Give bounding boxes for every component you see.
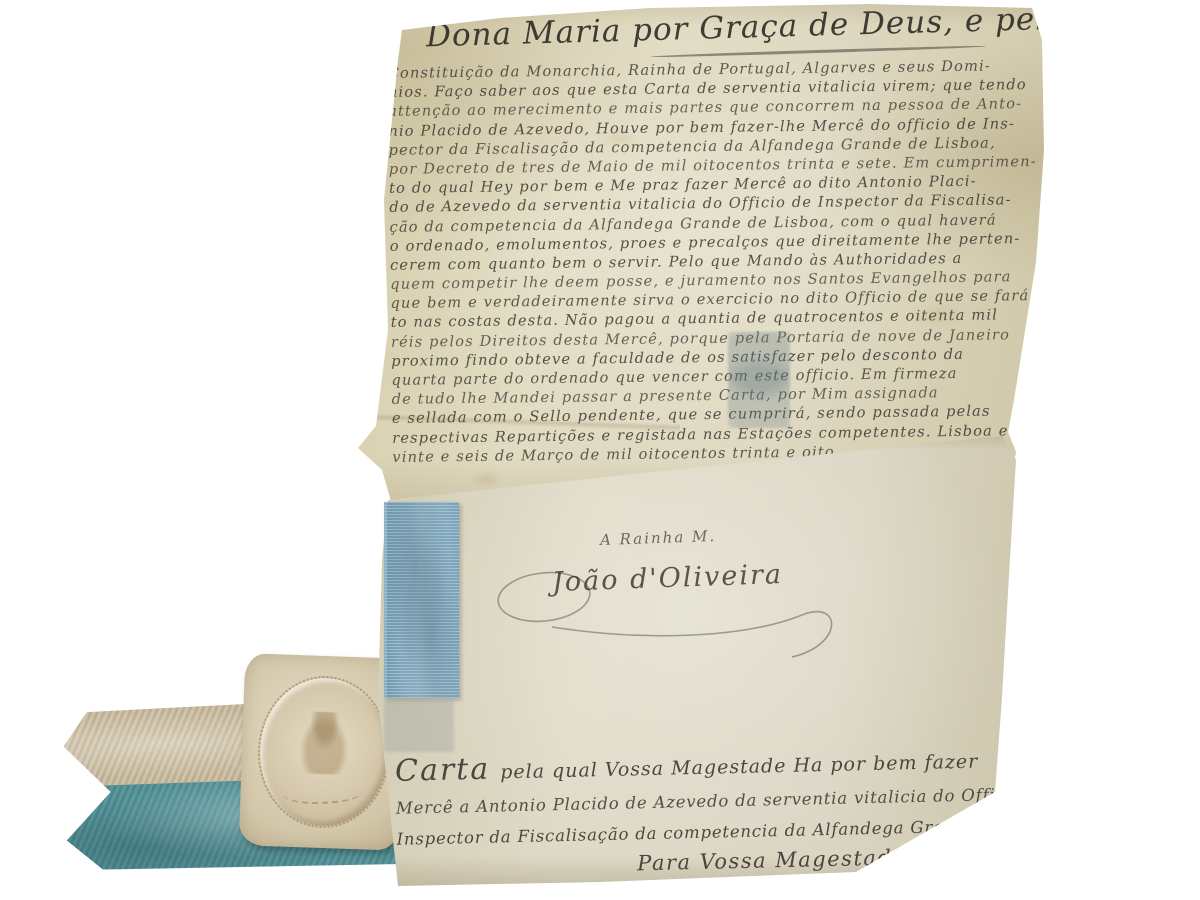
seal-coat-of-arms: [297, 711, 351, 775]
charter-body: Constituição da Monarchia, Rainha de Por…: [388, 56, 1033, 467]
seal-impression-circle: [255, 674, 392, 831]
docket-opening-word: Carta: [395, 752, 491, 789]
docket-lines: Mercê a Antonio Placido de Azevedo da se…: [396, 779, 997, 855]
blue-ribbon-vertical: [384, 502, 459, 698]
docket-block: Cartapela qual Vossa Magestade Ha por be…: [395, 740, 998, 881]
photograph-of-royal-charter: Dona Maria por Graça de Deus, e pela Con…: [0, 0, 1200, 900]
ribbon-showthrough-patch: [384, 699, 454, 752]
paper-stain: [470, 470, 504, 488]
seal-showthrough-stain: [728, 332, 790, 428]
paper-stain: [910, 300, 966, 330]
docket-line1-rest: pela qual Vossa Magestade Ha por bem faz…: [500, 751, 979, 784]
sovereign-note: A Rainha M.: [600, 527, 717, 549]
seal-rim-lettering: [282, 781, 363, 806]
paper-stain: [600, 128, 640, 150]
